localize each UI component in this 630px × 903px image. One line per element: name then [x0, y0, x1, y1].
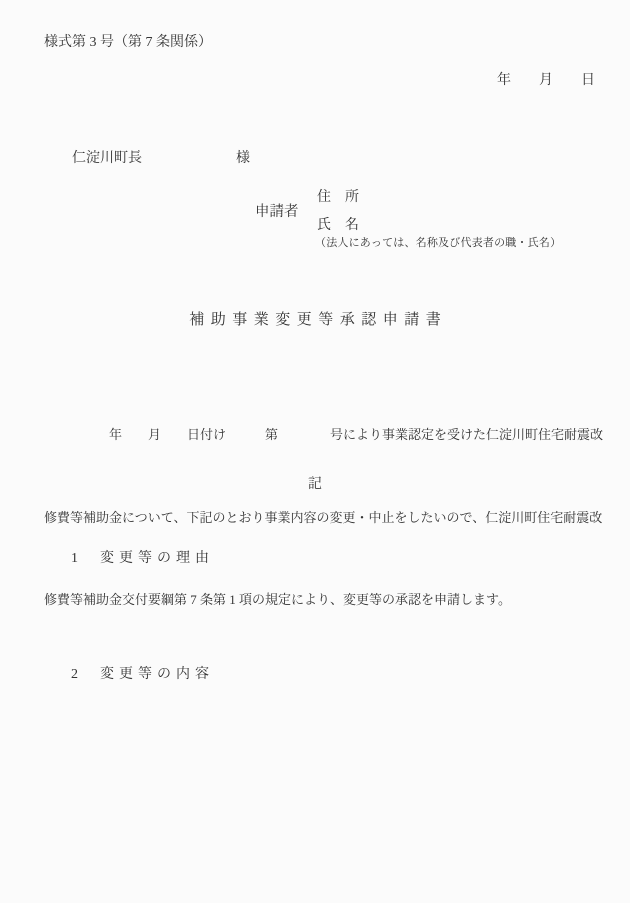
document-title: 補助事業変更等承認申請書 — [0, 308, 630, 329]
addressee-line: 仁淀川町長様 — [58, 131, 250, 183]
body-paragraph: 年 月 日付け 第 号により事業認定を受けた仁淀川町住宅耐震改 修費等補助金につ… — [44, 366, 600, 669]
record-marker: 記 — [0, 473, 630, 493]
item-row-reason: 1変更等の理由 — [57, 531, 214, 583]
item-label: 変更等の内容 — [100, 667, 214, 682]
item-number: 1 — [71, 551, 78, 566]
applicant-label: 申請者 — [255, 200, 299, 221]
applicant-address-label: 住 所 — [317, 186, 359, 206]
form-number: 様式第 3 号（第 7 条関係） — [44, 31, 212, 51]
item-number: 2 — [71, 667, 78, 682]
applicant-name-label: 氏 名 — [317, 214, 359, 234]
item-label: 変更等の理由 — [100, 551, 214, 566]
addressee-honorific: 様 — [236, 151, 250, 166]
applicant-corporate-note: （法人にあっては、名称及び代表者の職・氏名） — [315, 234, 561, 250]
body-line-2: 修費等補助金について、下記のとおり事業内容の変更・中止をしたいので、仁淀川町住宅… — [44, 504, 600, 532]
document-page: 様式第 3 号（第 7 条関係） 年 月 日 仁淀川町長様 申請者 住 所 氏 … — [0, 0, 630, 903]
body-line-3: 修費等補助金交付要綱第 7 条第 1 項の規定により、変更等の承認を申請します。 — [44, 586, 600, 614]
addressee-name: 仁淀川町長 — [72, 151, 142, 166]
item-row-content: 2変更等の内容 — [57, 647, 214, 699]
body-line-1: 年 月 日付け 第 号により事業認定を受けた仁淀川町住宅耐震改 — [44, 421, 600, 449]
date-line: 年 月 日 — [497, 69, 595, 89]
